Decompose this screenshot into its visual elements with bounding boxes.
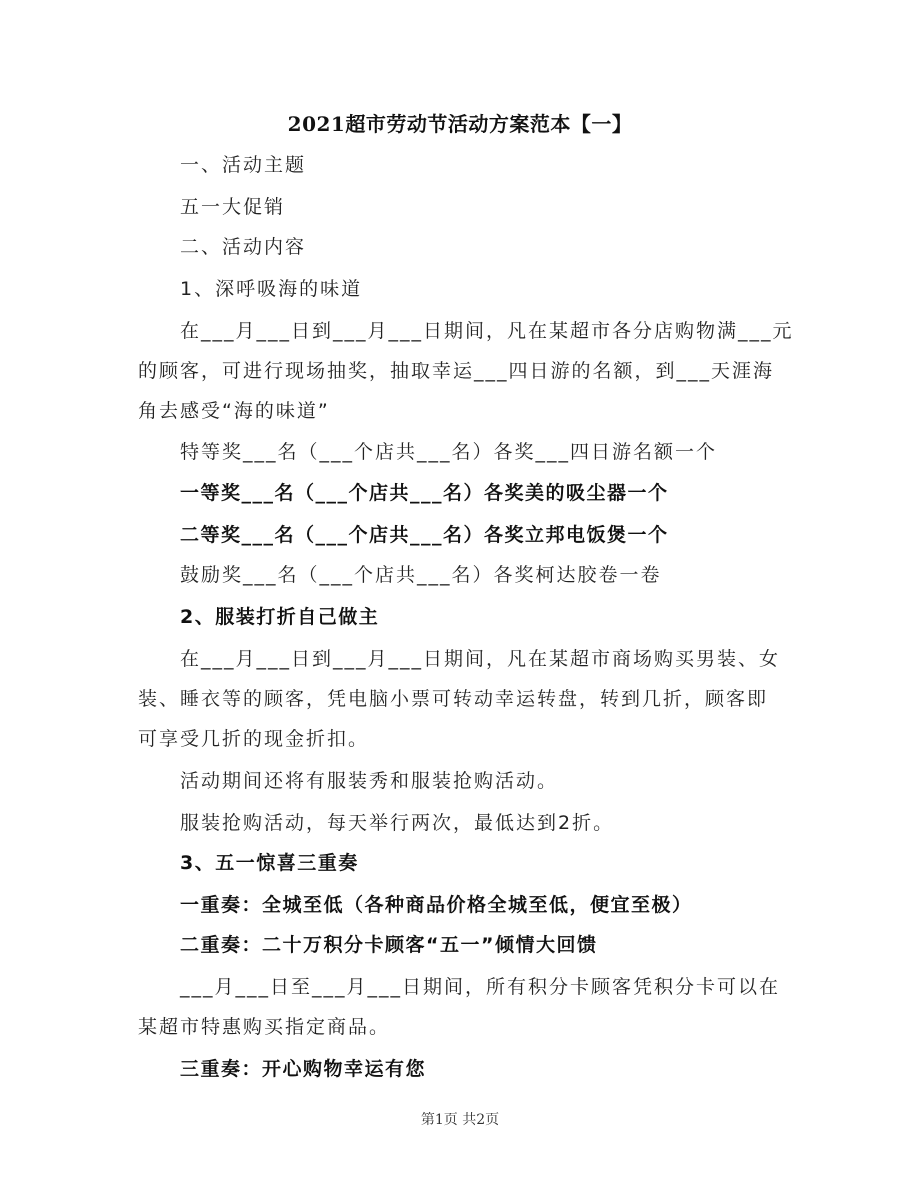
paragraph: 活动期间还将有服装秀和服装抢购活动。 xyxy=(180,768,558,794)
prize-line-second: 二等奖___名（___个店共___名）各奖立邦电饭煲一个 xyxy=(180,522,669,548)
surprise-item-second: 二重奏：二十万积分卡顾客“五一”倾情大回馈 xyxy=(180,932,597,958)
paragraph-line: 装、睡衣等的顾客，凭电脑小票可转动幸运转盘，转到几折，顾客即 xyxy=(138,686,768,712)
page-indicator: 第1页 共2页 xyxy=(0,1110,920,1130)
paragraph-line: 的顾客，可进行现场抽奖，抽取幸运___四日游的名额，到___天涯海 xyxy=(138,358,774,384)
surprise-item-third: 三重奏：开心购物幸运有您 xyxy=(180,1056,426,1082)
prize-line-encouragement: 鼓励奖___名（___个店共___名）各奖柯达胶卷一卷 xyxy=(180,562,662,588)
surprise-item-first: 一重奏：全城至低（各种商品价格全城至低，便宜至极） xyxy=(180,892,693,918)
prize-line-special: 特等奖___名（___个店共___名）各奖___四日游名额一个 xyxy=(180,439,717,465)
subsection-heading: 2、服装打折自己做主 xyxy=(180,604,379,630)
section-heading-theme: 一、活动主题 xyxy=(180,152,306,178)
subsection-heading: 3、五一惊喜三重奏 xyxy=(180,850,359,876)
prize-line-first: 一等奖___名（___个店共___名）各奖美的吸尘器一个 xyxy=(180,480,669,506)
paragraph: 五一大促销 xyxy=(180,194,285,220)
paragraph-line: 在___月___日到___月___日期间，凡在某超市商场购买男装、女 xyxy=(180,646,780,672)
section-heading-content: 二、活动内容 xyxy=(180,234,306,260)
paragraph: 服装抢购活动，每天举行两次，最低达到2折。 xyxy=(180,810,614,836)
paragraph-line: ___月___日至___月___日期间，所有积分卡顾客凭积分卡可以在 xyxy=(180,974,780,1000)
paragraph-line: 在___月___日到___月___日期间，凡在某超市各分店购物满___元 xyxy=(180,318,794,344)
paragraph-line: 可享受几折的现金折扣。 xyxy=(138,726,369,752)
paragraph-line: 角去感受“海的味道” xyxy=(138,398,330,424)
document-title: 2021超市劳动节活动方案范本【一】 xyxy=(0,110,920,138)
document-page: 2021超市劳动节活动方案范本【一】 一、活动主题 五一大促销 二、活动内容 1… xyxy=(0,0,920,1191)
subsection-heading: 1、深呼吸海的味道 xyxy=(180,276,362,302)
paragraph-line: 某超市特惠购买指定商品。 xyxy=(138,1014,390,1040)
